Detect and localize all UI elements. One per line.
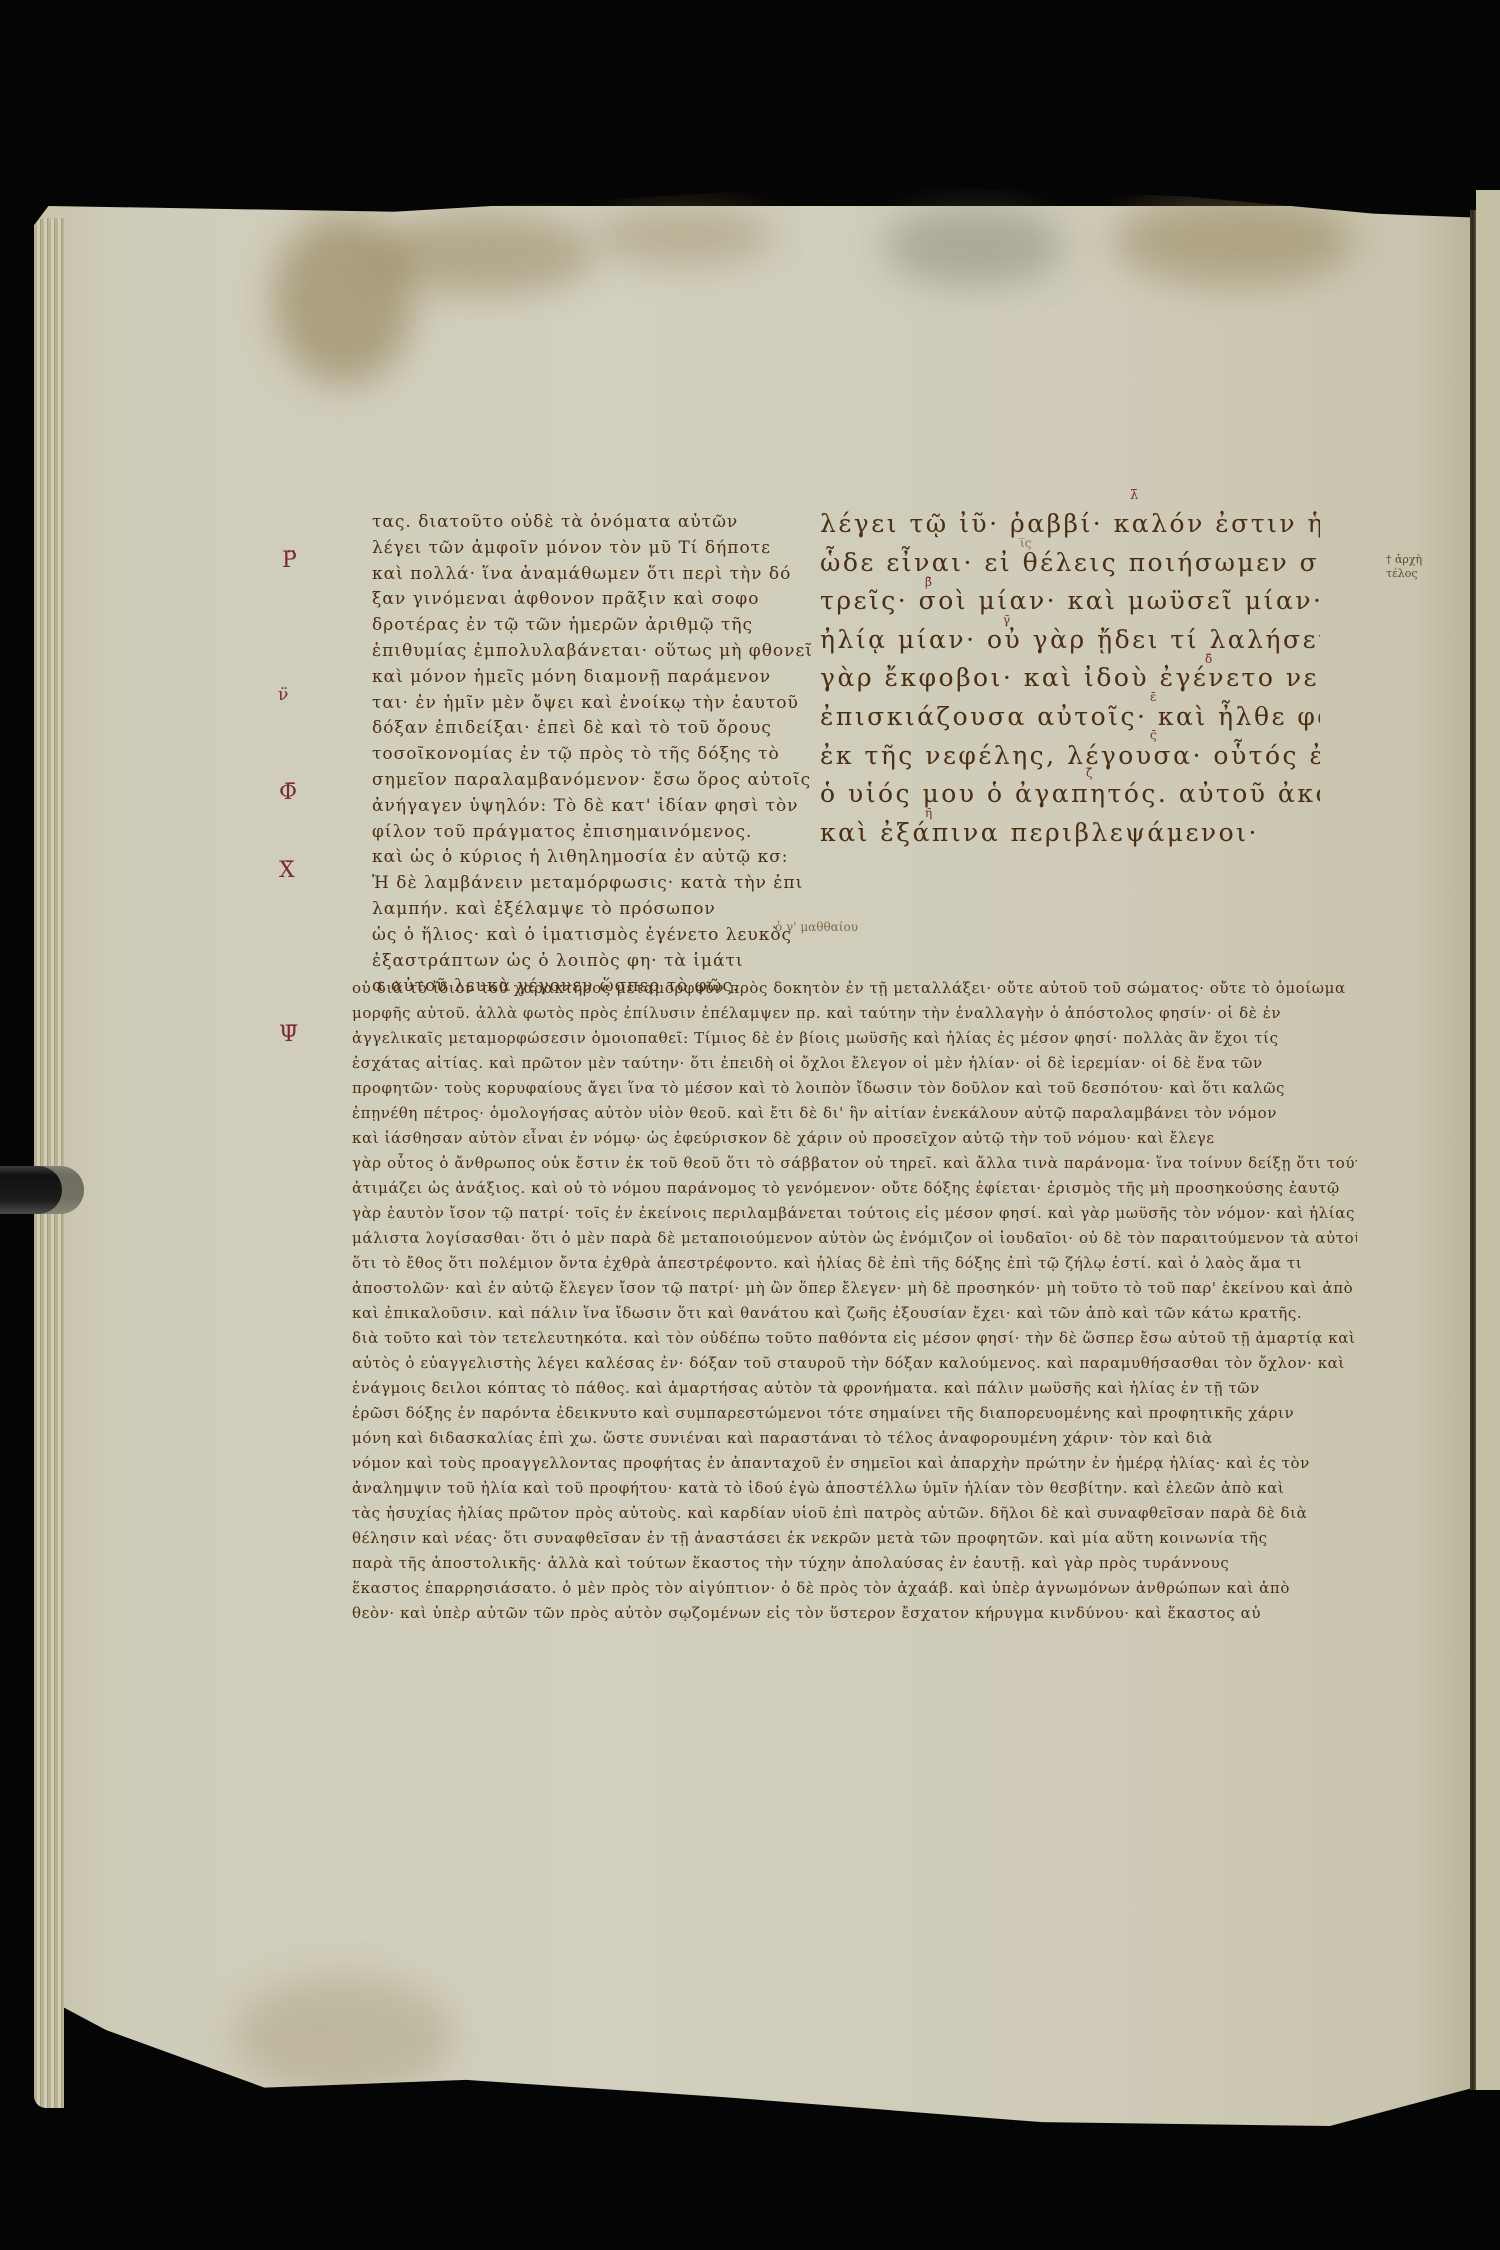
text-line: ἐρῶσι δόξης ἐν παρόντα ἐδεικνυτο καὶ συμ… [352, 1401, 1357, 1426]
interlinear-mark: β̄ [925, 575, 932, 589]
page-edge-stack [34, 218, 64, 2108]
interlinear-mark: ι̅ς [1020, 536, 1031, 550]
text-line: ἀποστολῶν· καὶ ἐν αὐτῷ ἔλεγεν ἴσον τῷ πα… [352, 1276, 1357, 1301]
text-line: Ἡ δὲ λαμβάνειν μεταμόρφωσις· κατὰ τὴν ἐπ… [372, 871, 852, 897]
text-line: παρὰ τῆς ἀποστολικῆς· ἀλλὰ καὶ τούτων ἕκ… [352, 1551, 1357, 1576]
text-line: καὶ πολλά· ἵνα ἀναμάθωμεν ὅτι περὶ τὴν δ… [372, 562, 852, 588]
text-line: καὶ ὡς ὁ κύριος ἡ λιθηλημοσία ἐν αὐτῷ κσ… [372, 845, 852, 871]
text-line: γὰρ ἑαυτὸν ἴσον τῷ πατρί· τοῖς ἐν ἐκείνο… [352, 1201, 1357, 1226]
text-line: τας. διατοῦτο οὐδὲ τὰ ὀνόματα αὐτῶν [372, 510, 852, 536]
facing-leaf-edge [1476, 190, 1500, 2090]
water-stain [594, 206, 774, 266]
water-stain [1114, 196, 1354, 286]
main-text-block: οὐ διὰ τὸ ἴδιον τοῦ χαρακτῆρος μεταμορφο… [352, 976, 1357, 1626]
text-line: λαμπήν. καὶ ἐξέλαμψε τὸ πρόσωπον [372, 897, 852, 923]
margin-numeral: Ρ̈ [282, 548, 297, 573]
page-clip-holder [0, 1166, 84, 1214]
center-margin-note: ὁ γ' μαθθαίου [775, 920, 858, 934]
text-line: ται· ἐν ἡμῖν μὲν ὄψει καὶ ἐνοίκῳ τὴν ἑαυ… [372, 691, 852, 717]
interlinear-mark: ς̄ [1150, 728, 1157, 742]
margin-note-line: τέλος [1386, 567, 1422, 581]
text-line: μάλιστα λογίσασθαι· ὅτι ὁ μὲν παρὰ δὲ με… [352, 1226, 1357, 1251]
right-margin-note: † ἀρχὴ τέλος [1386, 553, 1422, 581]
text-line: φίλον τοῦ πράγματος ἐπισημαινόμενος. [372, 820, 852, 846]
text-line: καὶ ἰάσθησαν αὐτὸν εἶναι ἐν νόμῳ· ὡς ἐφε… [352, 1126, 1357, 1151]
text-line: ἐκ τῆς νεφέλης, λέγουσα· οὗτός ἐστιν [820, 737, 1320, 776]
interlinear-mark: η̄ [925, 806, 932, 820]
margin-note-line: † ἀρχὴ [1386, 553, 1422, 567]
text-line: οὐ διὰ τὸ ἴδιον τοῦ χαρακτῆρος μεταμορφο… [352, 976, 1357, 1001]
text-line: δροτέρας ἐν τῷ τῶν ἡμερῶν ἀριθμῷ τῆς [372, 613, 852, 639]
water-stain [374, 214, 594, 294]
text-line: ἐσχάτας αἰτίας. καὶ πρῶτον μὲν ταύτην· ὅ… [352, 1051, 1357, 1076]
text-line: ὧδε εἶναι· εἰ θέλεις ποιήσωμεν σκηνὰς [820, 544, 1320, 583]
text-line: γὰρ ἔκφοβοι· καὶ ἰδοὺ ἐγένετο νεφέλη [820, 659, 1320, 698]
text-line: ὅτι τὸ ἔθος ὅτι πολέμιον ὄντα ἐχθρὰ ἀπεσ… [352, 1251, 1357, 1276]
interlinear-mark: δ̄ [1205, 652, 1212, 666]
right-column-text: λέγει τῷ ἰῦ· ῥαββί· καλόν ἐστιν ἡμᾶς ὧδε… [820, 505, 1320, 852]
interlinear-mark: ζ̄ [1086, 766, 1093, 780]
text-line: δόξαν ἐπιδείξαι· ἐπεὶ δὲ καὶ τὸ τοῦ ὄρου… [372, 716, 852, 742]
text-line: ἠλίᾳ μίαν· οὐ γὰρ ᾔδει τί λαλήσει· ἦσαν [820, 621, 1320, 660]
text-line: διὰ τοῦτο καὶ τὸν τετελευτηκότα. καὶ τὸν… [352, 1326, 1357, 1351]
text-line: ἐπῃνέθη πέτρος· ὁμολογήσας αὐτὸν υἱὸν θε… [352, 1101, 1357, 1126]
text-line: θεὸν· καὶ ὑπὲρ αὐτῶν τῶν πρὸς αὐτὸν σῳζο… [352, 1601, 1357, 1626]
text-line: λέγει τῶν ἀμφοῖν μόνον τὸν μῦ Τί δήποτε [372, 536, 852, 562]
text-line: ἐπιθυμίας ἐμπολυλαβάνεται· οὕτως μὴ φθον… [372, 639, 852, 665]
text-line: ἐξαστράπτων ὡς ὁ λοιπὸς φη· τὰ ἱμάτι [372, 949, 852, 975]
interlinear-mark: ε̄ [1150, 690, 1156, 704]
text-line: λέγει τῷ ἰῦ· ῥαββί· καλόν ἐστιν ἡμᾶς [820, 505, 1320, 544]
text-line: ἐνάγμοις δειλοι κόπτας τὸ πάθος. καὶ ἀμα… [352, 1376, 1357, 1401]
text-line: ὁ υἱός μου ὁ ἀγαπητός. αὐτοῦ ἀκούετε· [820, 775, 1320, 814]
interlinear-mark: γ̄ [1003, 613, 1010, 627]
text-line: αὐτὸς ὁ εὐαγγελιστὴς λέγει καλέσας ἐν· δ… [352, 1351, 1357, 1376]
text-line: τρεῖς· σοὶ μίαν· καὶ μωϋσεῖ μίαν· καὶ [820, 582, 1320, 621]
water-stain [884, 206, 1064, 286]
text-line: προφητῶν· τοὺς κορυφαίους ἄγει ἵνα τὸ μέ… [352, 1076, 1357, 1101]
interlinear-mark: λ̄ [1130, 488, 1138, 503]
water-stain [234, 1976, 454, 2096]
text-line: τὰς ἡσυχίας ἠλίας πρῶτον πρὸς αὐτοὺς. κα… [352, 1501, 1357, 1526]
margin-numeral: Χ̄ [279, 858, 295, 883]
text-line: μόνη καὶ διδασκαλίας ἐπὶ χω. ὥστε συνιέν… [352, 1426, 1357, 1451]
text-line: ἀνήγαγεν ὑψηλόν: Τὸ δὲ κατ' ἰδίαν φησὶ τ… [372, 794, 852, 820]
text-line: ἀγγελικαῖς μεταμορφώσεσιν ὁμοιοπαθεῖ: Τί… [352, 1026, 1357, 1051]
text-line: γὰρ οὗτος ὁ ἄνθρωπος οὐκ ἔστιν ἐκ τοῦ θε… [352, 1151, 1357, 1176]
text-line: τοσοῖκονομίας ἐν τῷ πρὸς τὸ τῆς δόξης τὸ [372, 742, 852, 768]
text-line: καὶ μόνον ἡμεῖς μόνη διαμονῇ παράμενον [372, 665, 852, 691]
text-line: καὶ ἐξάπινα περιβλεψάμενοι· [820, 814, 1320, 853]
text-line: ἐπισκιάζουσα αὐτοῖς· καὶ ἦλθε φωνὴ [820, 698, 1320, 737]
margin-numeral: Ψ̄ [279, 1022, 298, 1047]
text-line: ἀναλημψιν τοῦ ἠλία καὶ τοῦ προφήτου· κατ… [352, 1476, 1357, 1501]
text-line: σημεῖον παραλαμβανόμενον· ἔσω ὅρος αὐτοῖ… [372, 768, 852, 794]
text-line: ἕκαστος ἐπαρρησιάσατο. ὁ μὲν πρὸς τὸν αἰ… [352, 1576, 1357, 1601]
text-line: καὶ ἐπικαλοῦσιν. καὶ πάλιν ἵνα ἴδωσιν ὅτ… [352, 1301, 1357, 1326]
text-line: ἀτιμάζει ὡς ἀνάξιος. καὶ οὐ τὸ νόμου παρ… [352, 1176, 1357, 1201]
text-line: μορφῆς αὐτοῦ. ἀλλὰ φωτὸς πρὸς ἐπίλυσιν ἐ… [352, 1001, 1357, 1026]
text-line: θέλησιν καὶ νέας· ὅτι συναφθεῖσαν ἐν τῇ … [352, 1526, 1357, 1551]
text-line: νόμον καὶ τοὺς προαγγελλοντας προφήτας ἐ… [352, 1451, 1357, 1476]
margin-numeral: Φ̄ [279, 780, 297, 805]
margin-numeral: ν̈ [278, 685, 288, 705]
text-line: ξαν γινόμεναι ἀφθονον πρᾶξιν καὶ σοφο [372, 587, 852, 613]
